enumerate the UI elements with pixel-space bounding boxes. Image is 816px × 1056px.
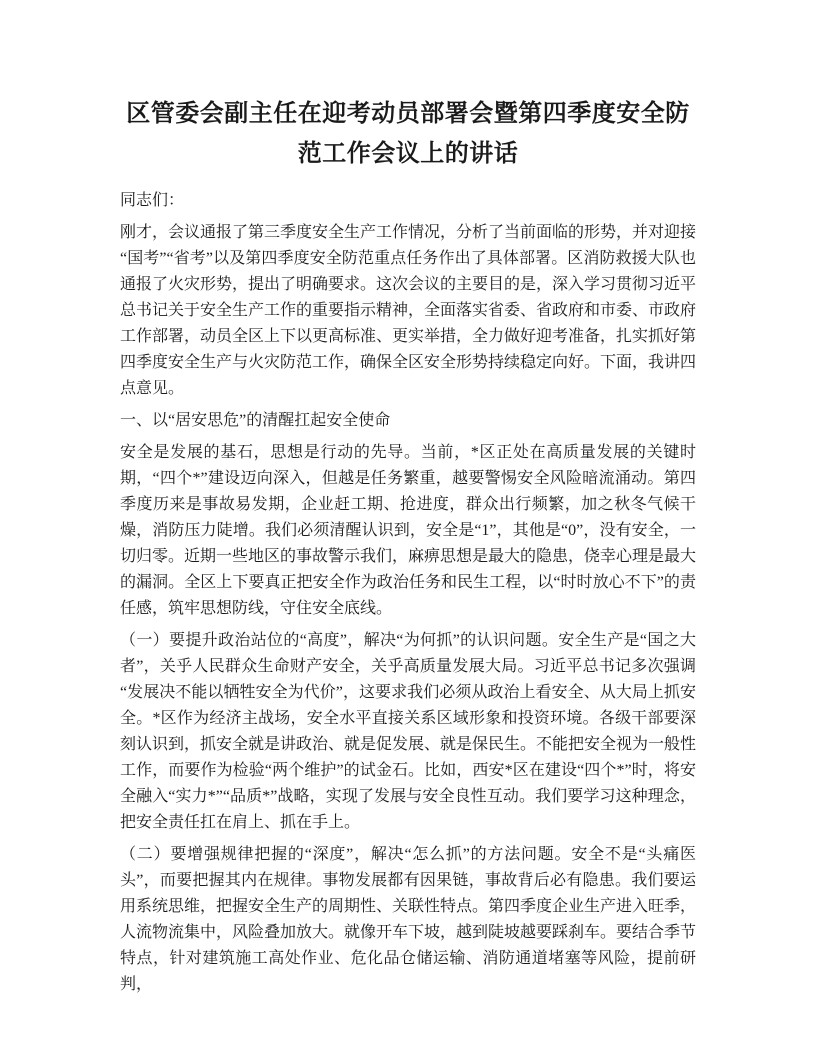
paragraph-section-1-body: 安全是发展的基石，思想是行动的先导。当前，*区正处在高质量发展的关键时期，“四个… (120, 440, 696, 622)
document-page: 区管委会副主任在迎考动员部署会暨第四季度安全防 范工作会议上的讲话 同志们： 刚… (0, 0, 816, 1056)
greeting-line: 同志们： (120, 188, 696, 214)
document-title: 区管委会副主任在迎考动员部署会暨第四季度安全防 范工作会议上的讲话 (120, 94, 696, 174)
document-title-line-1: 区管委会副主任在迎考动员部署会暨第四季度安全防 (120, 94, 696, 134)
document-title-line-2: 范工作会议上的讲话 (120, 134, 696, 174)
paragraph-point-2: （二）要增强规律把握的“深度”，解决“怎么抓”的方法问题。安全不是“头痛医头”，… (120, 842, 696, 998)
section-heading-1: 一、以“居安思危”的清醒扛起安全使命 (120, 408, 696, 434)
paragraph-point-1: （一）要提升政治站位的“高度”，解决“为何抓”的认识问题。安全生产是“国之大者”… (120, 628, 696, 836)
paragraph-opening: 刚才，会议通报了第三季度安全生产工作情况，分析了当前面临的形势，并对迎接“国考”… (120, 220, 696, 402)
